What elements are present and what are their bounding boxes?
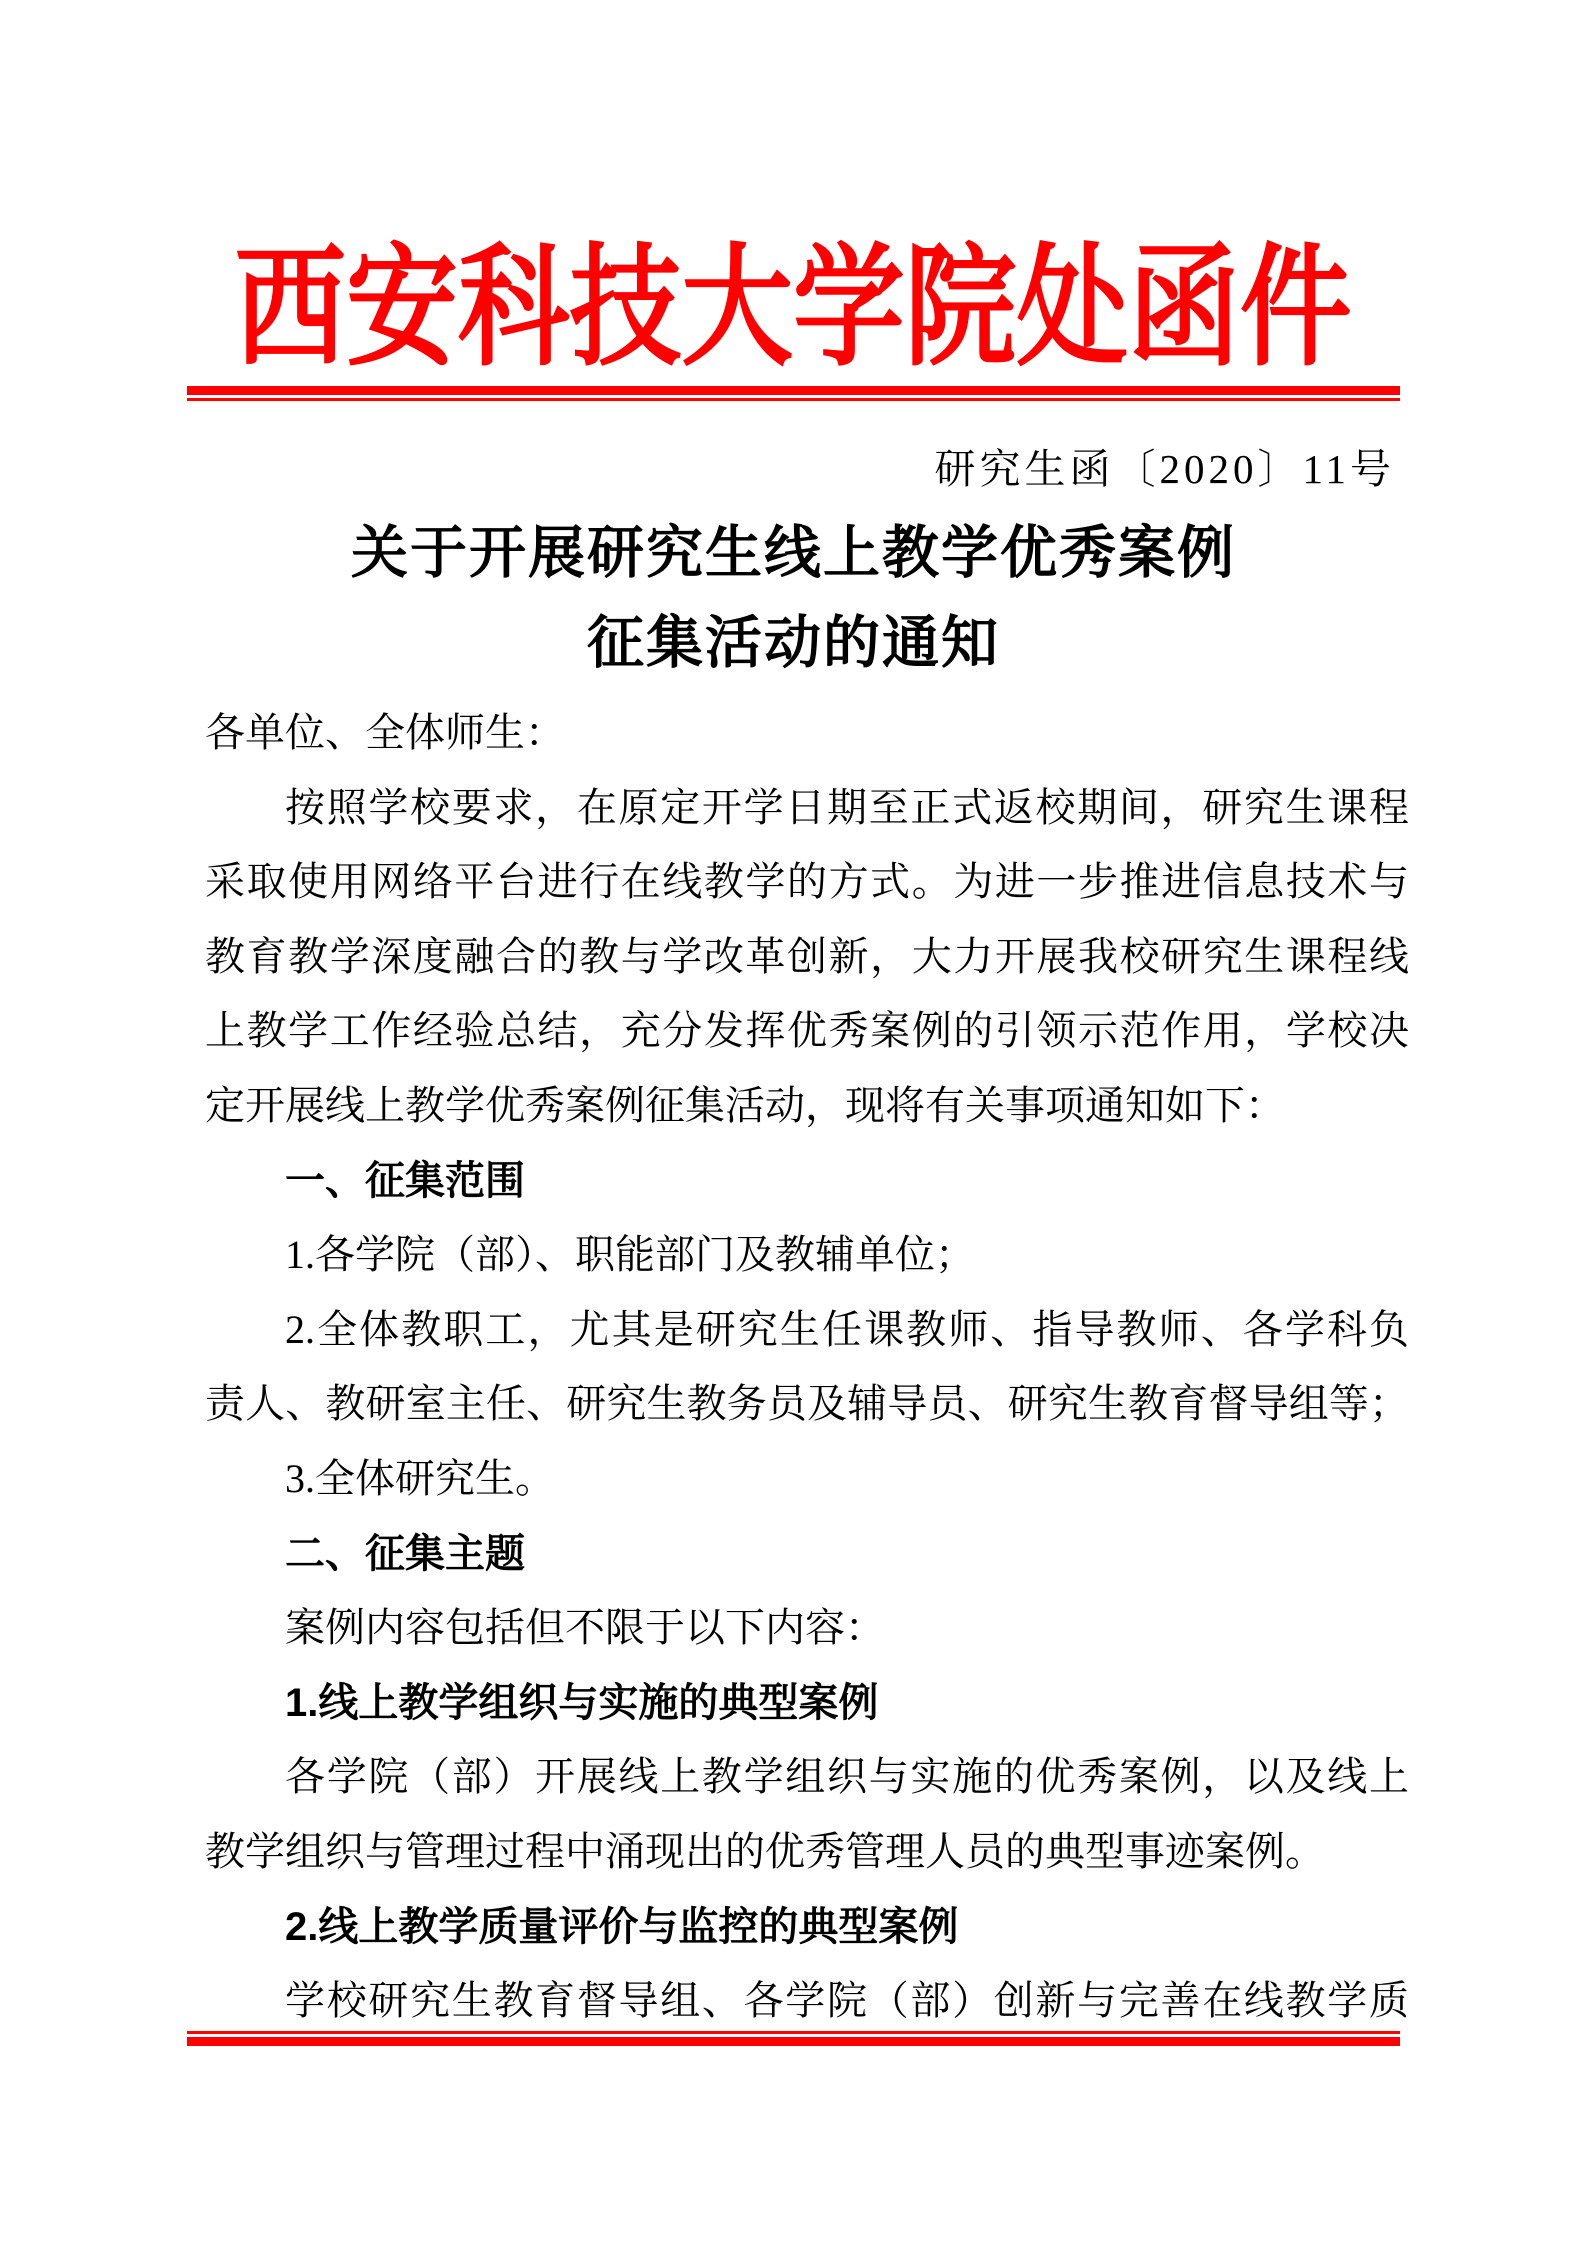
body-line: 1.线上教学组织与实施的典型案例 (205, 1666, 1409, 1741)
body-line: 各学院（部）开展线上教学组织与实施的优秀案例，以及线上 (205, 1740, 1409, 1815)
letterhead-title: 西安科技大学院处函件 (0, 234, 1587, 384)
body-line: 一、征集范围 (205, 1144, 1409, 1219)
letterhead-divider (187, 386, 1400, 401)
body-line: 责人、教研室主任、研究生教务员及辅导员、研究生教育督导组等； (205, 1367, 1409, 1442)
notice-body: 各单位、全体师生：按照学校要求，在原定开学日期至正式返校期间，研究生课程采取使用… (205, 696, 1409, 2039)
footer-divider (187, 2031, 1400, 2046)
notice-title-line2: 征集活动的通知 (0, 598, 1587, 688)
official-document-page: 西安科技大学院处函件 研究生函〔2020〕11号 关于开展研究生线上教学优秀案例… (0, 0, 1587, 2245)
body-line: 1.各学院（部）、职能部门及教辅单位； (205, 1218, 1409, 1293)
body-line: 二、征集主题 (205, 1517, 1409, 1592)
body-line: 上教学工作经验总结，充分发挥优秀案例的引领示范作用，学校决 (205, 994, 1409, 1069)
letterhead-divider-thin-line (187, 398, 1400, 401)
letterhead-title-text: 西安科技大学院处函件 (235, 222, 1352, 396)
body-line: 3.全体研究生。 (205, 1442, 1409, 1517)
body-line: 按照学校要求，在原定开学日期至正式返校期间，研究生课程 (205, 771, 1409, 846)
notice-title: 关于开展研究生线上教学优秀案例 征集活动的通知 (0, 508, 1587, 688)
body-line: 教育教学深度融合的教与学改革创新，大力开展我校研究生课程线 (205, 920, 1409, 995)
body-line: 学校研究生教育督导组、各学院（部）创新与完善在线教学质 (205, 1964, 1409, 2039)
body-line: 各单位、全体师生： (205, 696, 1409, 771)
footer-divider-thick-line (187, 2037, 1400, 2046)
letterhead-divider-thick-line (187, 386, 1400, 395)
notice-title-line1: 关于开展研究生线上教学优秀案例 (0, 508, 1587, 598)
body-line: 2.线上教学质量评价与监控的典型案例 (205, 1890, 1409, 1965)
body-line: 2.全体教职工，尤其是研究生任课教师、指导教师、各学科负 (205, 1293, 1409, 1368)
body-line: 采取使用网络平台进行在线教学的方式。为进一步推进信息技术与 (205, 845, 1409, 920)
body-line: 教学组织与管理过程中涌现出的优秀管理人员的典型事迹案例。 (205, 1815, 1409, 1890)
document-number: 研究生函〔2020〕11号 (935, 436, 1395, 495)
body-line: 案例内容包括但不限于以下内容： (205, 1591, 1409, 1666)
body-line: 定开展线上教学优秀案例征集活动，现将有关事项通知如下： (205, 1069, 1409, 1144)
